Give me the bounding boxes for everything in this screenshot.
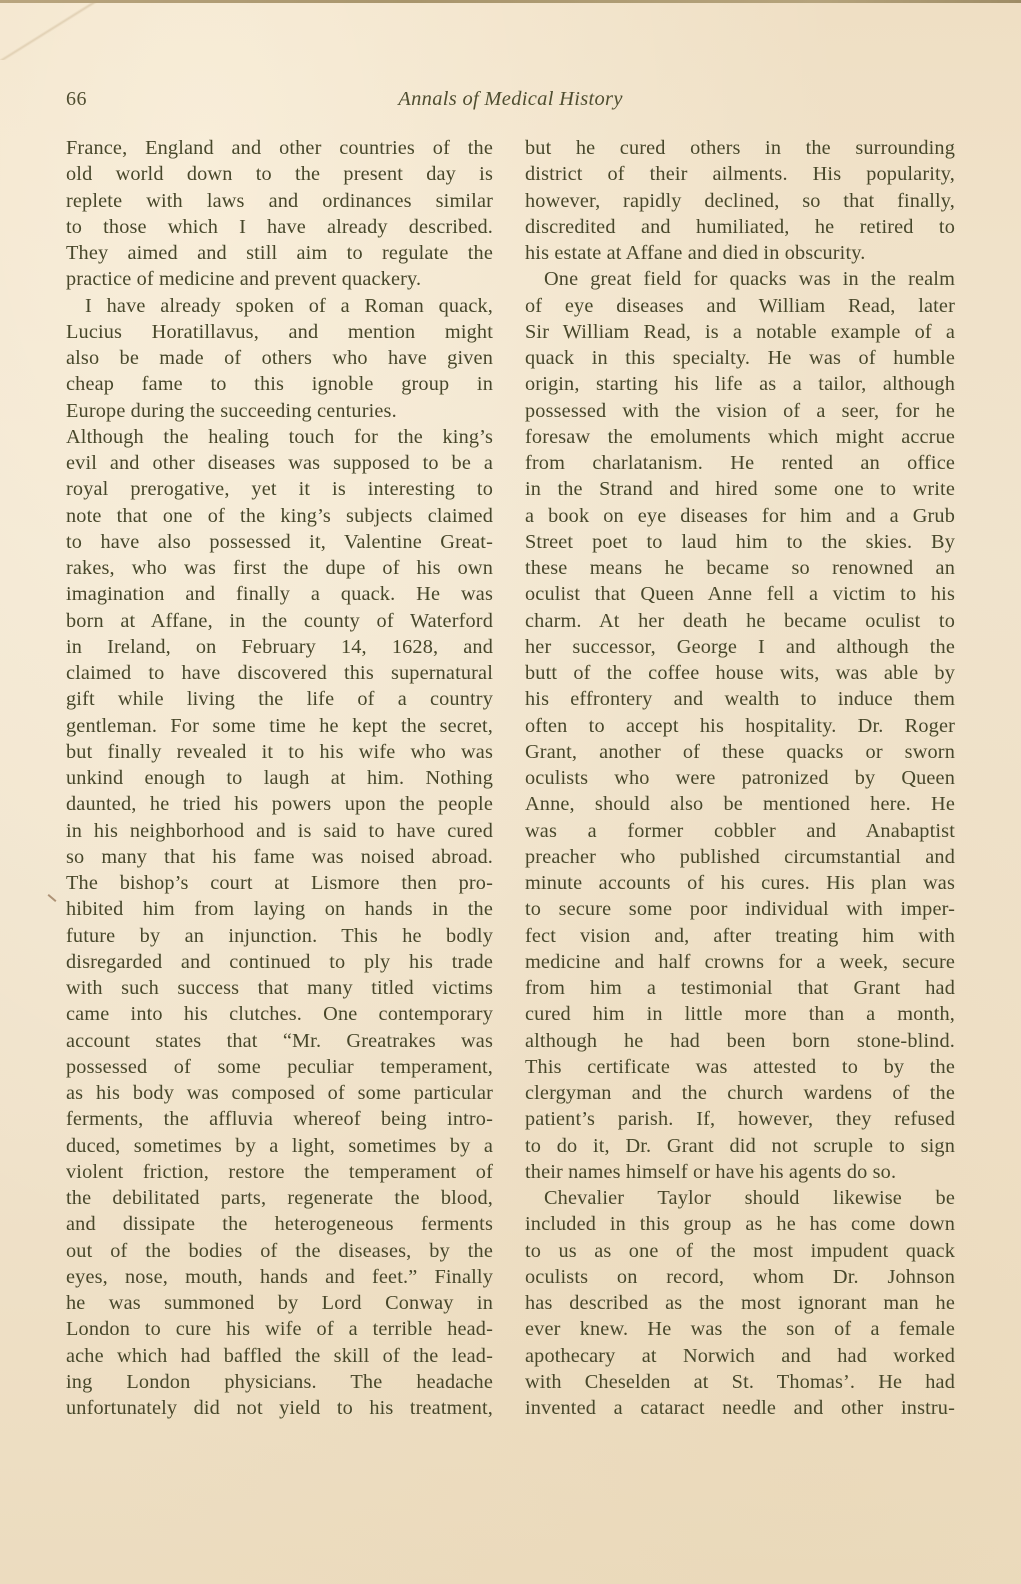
text-line: foresaw the emoluments which might accru… (525, 424, 955, 450)
text-line: and dissipate the heterogeneous ferments (66, 1211, 493, 1237)
text-line: born at Affane, in the county of Waterfo… (66, 608, 493, 634)
text-line: however, rapidly declined, so that final… (525, 188, 955, 214)
text-line: replete with laws and ordinances similar (66, 188, 493, 214)
text-line: oculist that Queen Anne fell a victim to… (525, 581, 955, 607)
text-line: invented a cataract needle and other ins… (525, 1395, 955, 1421)
text-line: London to cure his wife of a terrible he… (66, 1316, 493, 1342)
text-line: unkind enough to laugh at him. Nothing (66, 765, 493, 791)
text-line: evil and other diseases was supposed to … (66, 450, 493, 476)
text-line: medicine and half crowns for a week, sec… (525, 949, 955, 975)
text-line: Street poet to laud him to the skies. By (525, 529, 955, 555)
text-line: royal prerogative, yet it is interesting… (66, 476, 493, 502)
text-line: her successor, George I and although the (525, 634, 955, 660)
text-line: ferments, the affluvia whereof being int… (66, 1106, 493, 1132)
running-head: Annals of Medical History (373, 82, 648, 116)
text-line: although he had been born stone-blind. (525, 1028, 955, 1054)
text-line: has described as the most ignorant man h… (525, 1290, 955, 1316)
text-line: apothecary at Norwich and had worked (525, 1343, 955, 1369)
text-line: his estate at Affane and died in obscuri… (525, 240, 955, 266)
text-line: fect vision and, after treating him with (525, 923, 955, 949)
text-line: to secure some poor individual with impe… (525, 896, 955, 922)
text-line: in Ireland, on February 14, 1628, and (66, 634, 493, 660)
text-line: was a former cobbler and Anabaptist (525, 818, 955, 844)
text-line: Although the healing touch for the king’… (66, 424, 493, 450)
text-line: district of their ailments. His populari… (525, 161, 955, 187)
text-line: gentleman. For some time he kept the sec… (66, 713, 493, 739)
text-line: of eye diseases and William Read, later (525, 293, 955, 319)
text-line: but finally revealed it to his wife who … (66, 739, 493, 765)
text-line: from him a testimonial that Grant had (525, 975, 955, 1001)
text-line: eyes, nose, mouth, hands and feet.” Fina… (66, 1264, 493, 1290)
text-line: the debilitated parts, regenerate the bl… (66, 1185, 493, 1211)
text-line: so many that his fame was noised abroad. (66, 844, 493, 870)
right-column: but he cured others in the surroundingdi… (525, 135, 955, 1421)
text-line: quack in this specialty. He was of humbl… (525, 345, 955, 371)
text-line: ache which had baffled the skill of the … (66, 1343, 493, 1369)
text-line: Chevalier Taylor should likewise be (525, 1185, 955, 1211)
text-line: Lucius Horatillavus, and mention might (66, 319, 493, 345)
page-top-edge (0, 0, 1021, 3)
text-line: disregarded and continued to ply his tra… (66, 949, 493, 975)
text-line: discredited and humiliated, he retired t… (525, 214, 955, 240)
text-line: their names himself or have his agents d… (525, 1159, 955, 1185)
text-line: account states that “Mr. Greatrakes was (66, 1028, 493, 1054)
text-line: preacher who published circumstantial an… (525, 844, 955, 870)
text-line: he was summoned by Lord Conway in (66, 1290, 493, 1316)
text-line: to us as one of the most impudent quack (525, 1238, 955, 1264)
text-line: included in this group as he has come do… (525, 1211, 955, 1237)
text-line: Grant, another of these quacks or sworn (525, 739, 955, 765)
text-line: these means he became so renowned an (525, 555, 955, 581)
text-line: Europe during the succeeding centuries. (66, 398, 493, 424)
text-line: to do it, Dr. Grant did not scruple to s… (525, 1133, 955, 1159)
text-line: duced, sometimes by a light, sometimes b… (66, 1133, 493, 1159)
text-line: butt of the coffee house wits, was able … (525, 660, 955, 686)
text-line: hibited him from laying on hands in the (66, 896, 493, 922)
text-line: France, England and other countries of t… (66, 135, 493, 161)
text-line: also be made of others who have given (66, 345, 493, 371)
page-header: 66 Annals of Medical History (0, 82, 1021, 116)
text-line: One great field for quacks was in the re… (525, 266, 955, 292)
text-line: patient’s parish. If, however, they refu… (525, 1106, 955, 1132)
text-line: Anne, should also be mentioned here. He (525, 791, 955, 817)
text-line: The bishop’s court at Lismore then pro- (66, 870, 493, 896)
text-line: ing London physicians. The headache (66, 1369, 493, 1395)
text-line: unfortunately did not yield to his treat… (66, 1395, 493, 1421)
text-line: oculists who were patronized by Queen (525, 765, 955, 791)
text-line: but he cured others in the surrounding (525, 135, 955, 161)
text-line: practice of medicine and prevent quacker… (66, 266, 493, 292)
page-number: 66 (66, 82, 87, 116)
text-line: This certificate was attested to by the (525, 1054, 955, 1080)
text-line: came into his clutches. One contemporary (66, 1001, 493, 1027)
text-line: rakes, who was first the dupe of his own (66, 555, 493, 581)
text-line: possessed of some peculiar temperament, (66, 1054, 493, 1080)
text-line: with such success that many titled victi… (66, 975, 493, 1001)
text-line: cheap fame to this ignoble group in (66, 371, 493, 397)
text-line: oculists on record, whom Dr. Johnson (525, 1264, 955, 1290)
text-line: note that one of the king’s subjects cla… (66, 503, 493, 529)
text-line: possessed with the vision of a seer, for… (525, 398, 955, 424)
text-line: imagination and finally a quack. He was (66, 581, 493, 607)
text-line: violent friction, restore the temperamen… (66, 1159, 493, 1185)
text-line: claimed to have discovered this supernat… (66, 660, 493, 686)
text-line: old world down to the present day is (66, 161, 493, 187)
text-line: out of the bodies of the diseases, by th… (66, 1238, 493, 1264)
text-line: with Cheselden at St. Thomas’. He had (525, 1369, 955, 1395)
text-line: I have already spoken of a Roman quack, (66, 293, 493, 319)
text-line: as his body was composed of some particu… (66, 1080, 493, 1106)
text-line: origin, starting his life as a tailor, a… (525, 371, 955, 397)
text-line: to have also possessed it, Valentine Gre… (66, 529, 493, 555)
text-line: They aimed and still aim to regulate the (66, 240, 493, 266)
text-line: cured him in little more than a month, (525, 1001, 955, 1027)
text-line: minute accounts of his cures. His plan w… (525, 870, 955, 896)
text-line: gift while living the life of a country (66, 686, 493, 712)
text-line: from charlatanism. He rented an office (525, 450, 955, 476)
paper-crease (0, 0, 100, 60)
text-line: a book on eye diseases for him and a Gru… (525, 503, 955, 529)
text-line: charm. At her death he became oculist to (525, 608, 955, 634)
text-line: clergyman and the church wardens of the (525, 1080, 955, 1106)
text-line: future by an injunction. This he bodly (66, 923, 493, 949)
text-line: daunted, he tried his powers upon the pe… (66, 791, 493, 817)
text-line: ever knew. He was the son of a female (525, 1316, 955, 1342)
text-line: to those which I have already described. (66, 214, 493, 240)
left-column: France, England and other countries of t… (66, 135, 493, 1421)
margin-pencil-mark (48, 894, 57, 902)
text-line: in the Strand and hired some one to writ… (525, 476, 955, 502)
text-line: in his neighborhood and is said to have … (66, 818, 493, 844)
text-line: his effrontery and wealth to induce them (525, 686, 955, 712)
text-line: often to accept his hospitality. Dr. Rog… (525, 713, 955, 739)
text-line: Sir William Read, is a notable example o… (525, 319, 955, 345)
